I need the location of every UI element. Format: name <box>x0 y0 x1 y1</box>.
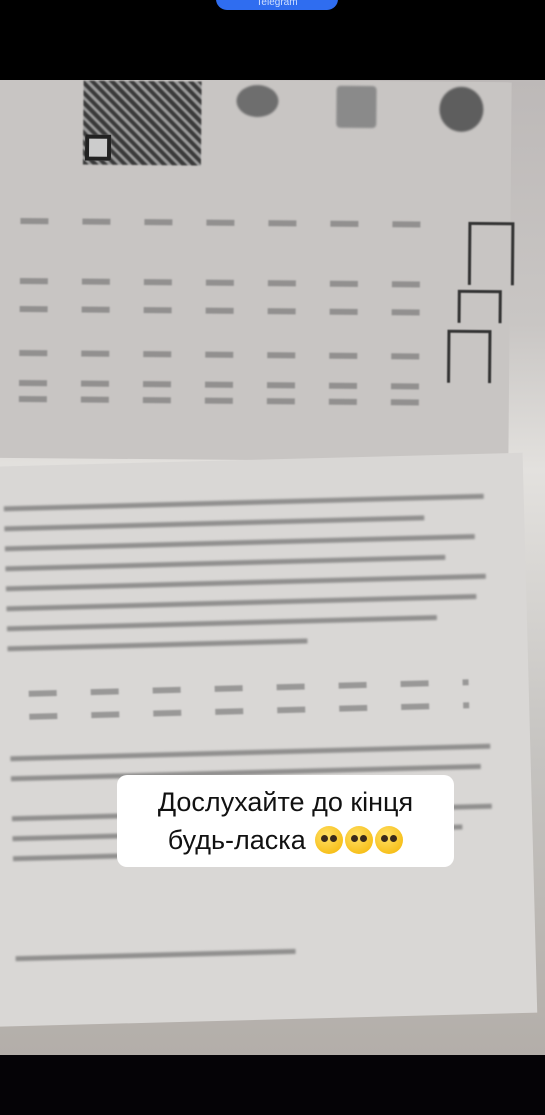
video-frame[interactable]: Дослухайте до кінця будь-ласка <box>0 80 545 1055</box>
bottom-bar <box>0 1055 545 1115</box>
pleading-face-icon <box>375 826 403 854</box>
table-cell-box <box>458 290 502 323</box>
qr-finder-pattern <box>85 135 111 161</box>
table-cell-box <box>447 330 491 383</box>
table-row <box>19 380 449 390</box>
logo-icon <box>336 86 376 128</box>
text-line <box>6 574 486 592</box>
bill-sheet-top <box>0 80 512 462</box>
text-line <box>4 494 484 512</box>
text-line <box>7 615 437 631</box>
text-line <box>5 534 475 551</box>
text-line <box>6 594 476 611</box>
text-line <box>16 949 296 961</box>
text-line <box>10 744 490 762</box>
text-line <box>5 555 445 572</box>
video-caption: Дослухайте до кінця будь-ласка <box>117 775 454 867</box>
table-row <box>29 702 469 720</box>
table-row <box>19 396 449 406</box>
table-row <box>29 679 469 697</box>
table-header <box>20 218 450 228</box>
caption-line-2: будь-ласка <box>168 825 306 855</box>
text-line <box>4 515 424 531</box>
return-to-app-pill[interactable]: Telegram <box>216 0 338 10</box>
logo-icon <box>439 87 483 132</box>
caption-line-1: Дослухайте до кінця <box>127 783 444 821</box>
pleading-face-icon <box>345 826 373 854</box>
table-row <box>20 278 450 288</box>
table-row <box>19 350 449 360</box>
table-cell-box <box>468 222 515 285</box>
table-row <box>20 306 450 316</box>
logo-icon <box>236 85 278 117</box>
bill-sheet-bottom <box>0 453 537 1027</box>
text-line <box>7 638 307 651</box>
pleading-face-icon <box>315 826 343 854</box>
